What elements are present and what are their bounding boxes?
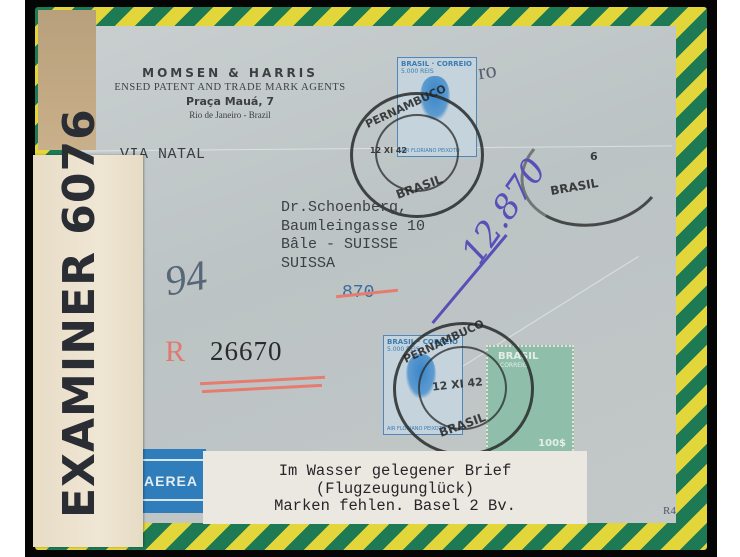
censor-examiner-label: EXAMINER 6076 [55, 108, 105, 518]
recipient-line: Baumleingasse 10 [281, 218, 425, 237]
recipient-line: Bâle - SUISSE [281, 236, 425, 255]
annotation-line: Marken fehlen. Basel 2 Bv. [203, 498, 587, 516]
sender-profession: ENSED PATENT AND TRADE MARK AGENTS [90, 82, 370, 93]
sender-letterhead: MOMSEN & HARRIS ENSED PATENT AND TRADE M… [90, 66, 370, 120]
annotation-line: Im Wasser gelegener Brief [203, 463, 587, 481]
recipient-address: Dr.Schoenberg, Baumleingasse 10 Bâle - S… [281, 199, 425, 273]
red-registration-mark: R [165, 335, 185, 369]
sender-city: Rio de Janeiro - Brazil [90, 110, 370, 120]
recipient-line: SUISSA [281, 255, 425, 274]
pencil-corner-mark: R4 [663, 505, 676, 517]
annotation-slip: Im Wasser gelegener Brief (Flugzeugunglü… [203, 451, 587, 524]
pencil-scribble: 94 [161, 252, 211, 307]
airmail-label-text: AEREA [144, 473, 198, 489]
pencil-mark-top-right: ro [476, 57, 498, 85]
annotation-line: (Flugzeugunglück) [203, 481, 587, 499]
registration-number: 26670 [210, 336, 283, 367]
recipient-line: Dr.Schoenberg, [281, 199, 425, 218]
airmail-label: AEREA [140, 449, 206, 513]
sender-address: Praça Mauá, 7 [90, 95, 370, 108]
sender-name: MOMSEN & HARRIS [90, 66, 370, 80]
